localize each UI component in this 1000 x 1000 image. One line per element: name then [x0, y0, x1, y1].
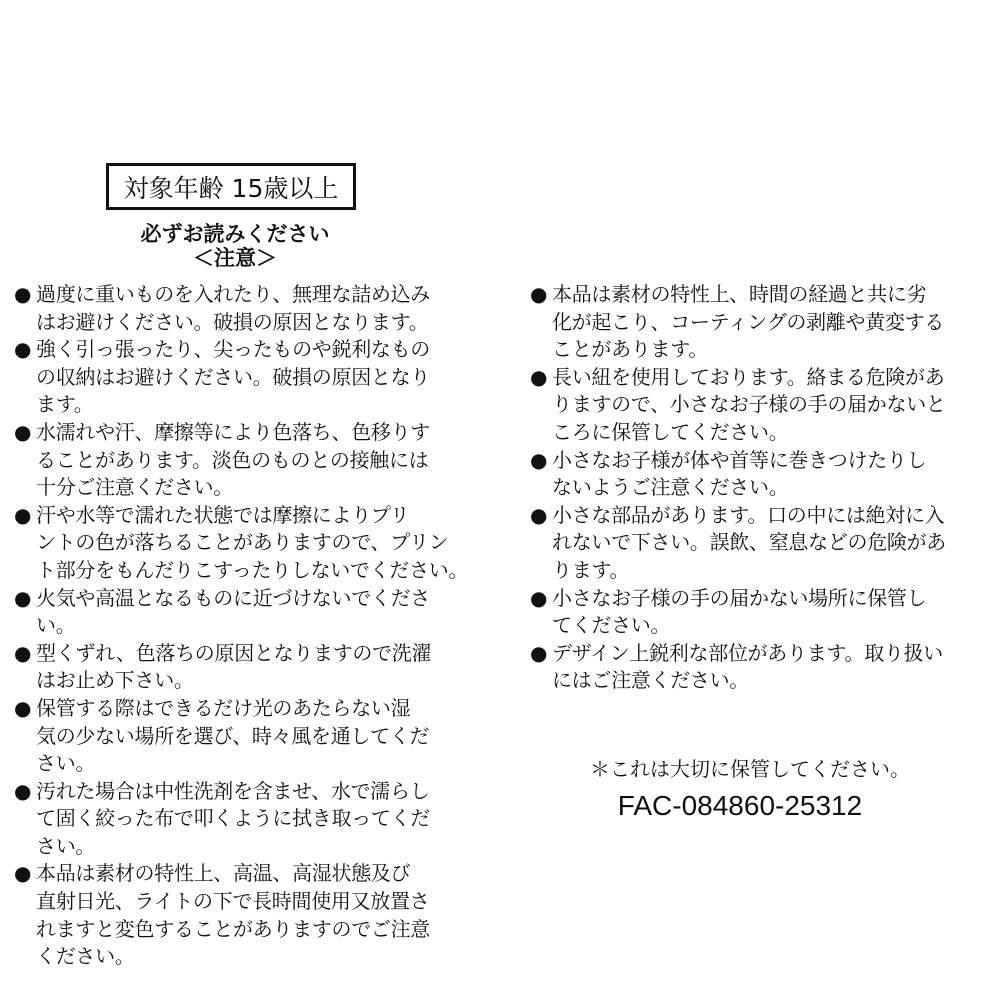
bullet-icon: ●: [530, 281, 552, 309]
bullet-icon: ●: [14, 640, 36, 668]
bullet-icon: ●: [14, 585, 36, 613]
target-age-box: 対象年齢 15歳以上: [106, 163, 356, 210]
caution-item-text: 長い紐を使用しております。絡まる危険があ りますので、小さなお子様の手の届かない…: [552, 364, 990, 447]
caution-item-text: 小さなお子様が体や首等に巻きつけたりし ないようご注意ください。: [552, 447, 990, 502]
caution-item-text: 型くずれ、色落ちの原因となりますので洗濯 はお止め下さい。: [36, 640, 474, 695]
target-age-label: 対象年齢 15歳以上: [124, 169, 339, 205]
bullet-icon: ●: [14, 778, 36, 806]
keep-this-note: ＊これは大切に保管してください。: [580, 753, 920, 782]
caution-item: ● 保管する際はできるだけ光のあたらない湿 気の少ない場所を選び、時々風を通して…: [14, 695, 474, 778]
product-code: FAC-084860-25312: [580, 790, 900, 822]
caution-heading: ＜注意＞: [120, 244, 350, 272]
caution-item-text: 強く引っ張ったり、尖ったものや鋭利なもの の収納はお避けください。破損の原因とな…: [36, 336, 474, 419]
caution-item: ● 小さな部品があります。口の中には絶対に入 れないで下さい。誤飲、窒息などの危…: [530, 502, 990, 585]
caution-item: ● 汚れた場合は中性洗剤を含ませ、水で濡らし て固く絞った布で叩くように拭き取っ…: [14, 778, 474, 861]
caution-item: ● 水濡れや汗、摩擦等により色落ち、色移りす ることがあります。淡色のものとの接…: [14, 419, 474, 502]
bullet-icon: ●: [14, 419, 36, 447]
bullet-icon: ●: [530, 502, 552, 530]
caution-item-text: 小さなお子様の手の届かない場所に保管し てください。: [552, 585, 990, 640]
bullet-icon: ●: [530, 585, 552, 613]
caution-item-text: 小さな部品があります。口の中には絶対に入 れないで下さい。誤飲、窒息などの危険が…: [552, 502, 990, 585]
caution-item: ● 小さなお子様が体や首等に巻きつけたりし ないようご注意ください。: [530, 447, 990, 502]
caution-list-left: ● 過度に重いものを入れたり、無理な詰め込み はお避けください。破損の原因となり…: [14, 281, 474, 971]
caution-item-text: 汚れた場合は中性洗剤を含ませ、水で濡らし て固く絞った布で叩くように拭き取ってく…: [36, 778, 474, 861]
caution-item: ● デザイン上鋭利な部位があります。取り扱い にはご注意ください。: [530, 640, 990, 695]
caution-item: ● 長い紐を使用しております。絡まる危険があ りますので、小さなお子様の手の届か…: [530, 364, 990, 447]
caution-item-text: 過度に重いものを入れたり、無理な詰め込み はお避けください。破損の原因となります…: [36, 281, 474, 336]
caution-list-right: ● 本品は素材の特性上、時間の経過と共に劣 化が起こり、コーティングの剥離や黄変…: [530, 281, 990, 695]
caution-item: ● 小さなお子様の手の届かない場所に保管し てください。: [530, 585, 990, 640]
caution-item-text: 本品は素材の特性上、時間の経過と共に劣 化が起こり、コーティングの剥離や黄変する…: [552, 281, 990, 364]
caution-item: ● 強く引っ張ったり、尖ったものや鋭利なもの の収納はお避けください。破損の原因…: [14, 336, 474, 419]
bullet-icon: ●: [530, 447, 552, 475]
caution-item: ● 汗や水等で濡れた状態では摩擦によりプリ ントの色が落ちることがありますので、…: [14, 502, 474, 585]
caution-item-text: 汗や水等で濡れた状態では摩擦によりプリ ントの色が落ちることがありますので、プリ…: [36, 502, 474, 585]
bullet-icon: ●: [14, 336, 36, 364]
bullet-icon: ●: [14, 502, 36, 530]
caution-item-text: 保管する際はできるだけ光のあたらない湿 気の少ない場所を選び、時々風を通してくだ…: [36, 695, 474, 778]
caution-item: ● 本品は素材の特性上、時間の経過と共に劣 化が起こり、コーティングの剥離や黄変…: [530, 281, 990, 364]
caution-item: ● 本品は素材の特性上、高温、高湿状態及び 直射日光、ライトの下で長時間使用又放…: [14, 860, 474, 970]
caution-item: ● 型くずれ、色落ちの原因となりますので洗濯 はお止め下さい。: [14, 640, 474, 695]
caution-item-text: 水濡れや汗、摩擦等により色落ち、色移りす ることがあります。淡色のものとの接触に…: [36, 419, 474, 502]
caution-item: ● 火気や高温となるものに近づけないでくださ い。: [14, 585, 474, 640]
bullet-icon: ●: [530, 364, 552, 392]
bullet-icon: ●: [14, 860, 36, 888]
bullet-icon: ●: [14, 281, 36, 309]
caution-item-text: 火気や高温となるものに近づけないでくださ い。: [36, 585, 474, 640]
caution-item-text: デザイン上鋭利な部位があります。取り扱い にはご注意ください。: [552, 640, 990, 695]
bullet-icon: ●: [14, 695, 36, 723]
bullet-icon: ●: [530, 640, 552, 668]
caution-item-text: 本品は素材の特性上、高温、高湿状態及び 直射日光、ライトの下で長時間使用又放置さ…: [36, 860, 474, 970]
caution-item: ● 過度に重いものを入れたり、無理な詰め込み はお避けください。破損の原因となり…: [14, 281, 474, 336]
